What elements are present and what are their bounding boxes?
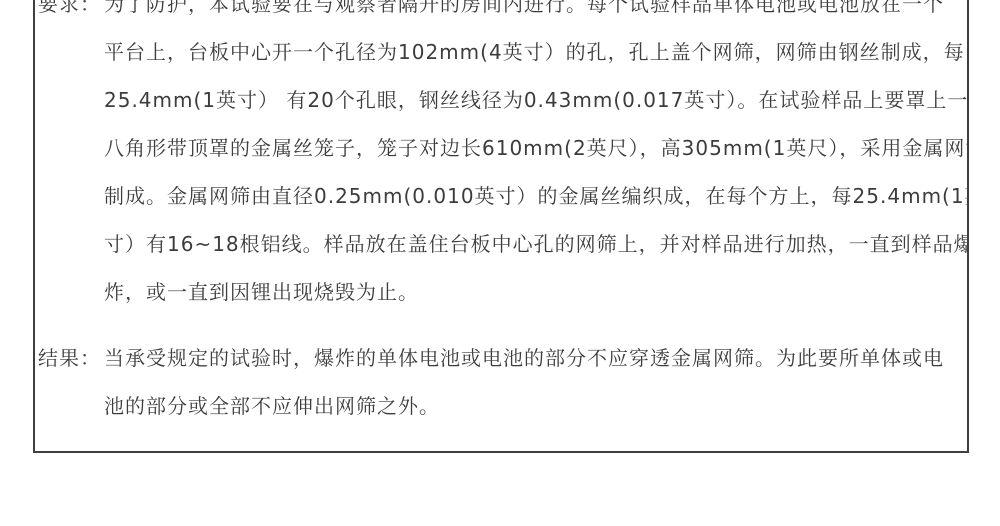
result-row: 结果： 当承受规定的试验时，爆炸的单体电池或电池的部分不应穿透金属网筛。为此要所…: [35, 334, 967, 430]
result-line: 当承受规定的试验时，爆炸的单体电池或电池的部分不应穿透金属网筛。为此要所单体或电: [104, 334, 967, 382]
result-label: 结果：: [38, 334, 101, 382]
requirement-line: 寸）有16~18根铝线。样品放在盖住台板中心孔的网筛上，并对样品进行加热，一直到…: [104, 220, 967, 268]
result-line: 池的部分或全部不应伸出网筛之外。: [104, 382, 967, 430]
requirement-line: 制成。金属网筛由直径0.25mm(0.010英寸）的金属丝编织成，在每个方上，每…: [104, 172, 967, 220]
requirement-line: 炸，或一直到因锂出现烧毁为止。: [104, 268, 967, 316]
requirement-line: 25.4mm(1英寸） 有20个孔眼，钢丝线径为0.43mm(0.017英寸）。…: [104, 76, 967, 124]
requirement-line: 为了防护，本试验要在与观察者隔开的房间内进行。每个试验样品单体电池或电池放在一个: [104, 0, 967, 28]
requirement-line: 八角形带顶罩的金属丝笼子，笼子对边长610mm(2英尺），高305mm(1英尺）…: [104, 124, 967, 172]
requirement-label: 要求：: [38, 0, 101, 28]
test-spec-table: 要求： 为了防护，本试验要在与观察者隔开的房间内进行。每个试验样品单体电池或电池…: [33, 0, 969, 453]
requirement-row: 要求： 为了防护，本试验要在与观察者隔开的房间内进行。每个试验样品单体电池或电池…: [35, 0, 967, 316]
document-page: 要求： 为了防护，本试验要在与观察者隔开的房间内进行。每个试验样品单体电池或电池…: [0, 0, 1000, 526]
requirement-line: 平台上，台板中心开一个孔径为102mm(4英寸）的孔，孔上盖个网筛，网筛由钢丝制…: [104, 28, 967, 76]
